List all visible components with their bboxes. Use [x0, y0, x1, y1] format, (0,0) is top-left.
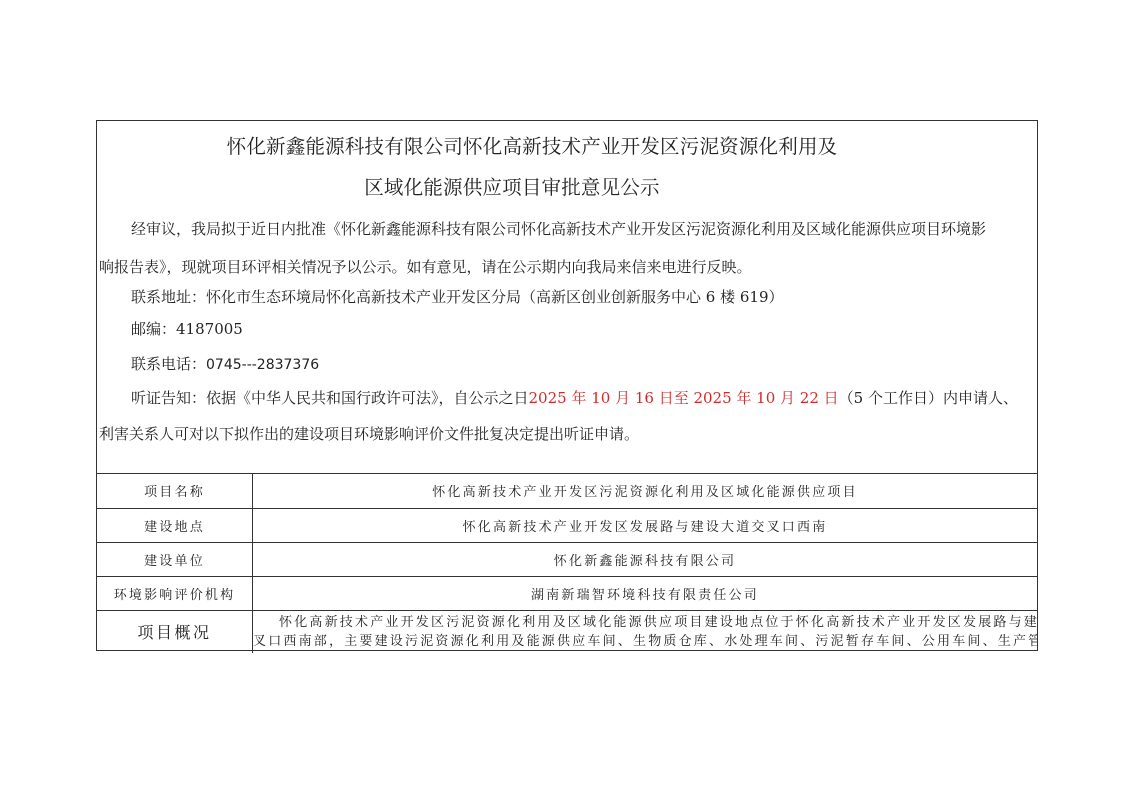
intro-paragraph-line-2: 响报告表》，现就项目环评相关情况予以公示。如有意见，请在公示期内向我局来信来电进…: [99, 257, 752, 277]
contact-address-value: 怀化市生态环境局怀化高新技术产业开发区分局（高新区创业创新服务中心 6 楼 61…: [206, 288, 783, 306]
table-row-eia-agency: 环境影响评价机构 湖南新瑞智环境科技有限责任公司: [97, 576, 1037, 610]
table-row-construction-site: 建设地点 怀化高新技术产业开发区发展路与建设大道交叉口西南: [97, 508, 1037, 542]
overview-text: 怀化高新技术产业开发区污泥资源化利用及区域化能源供应项目建设地点位于怀化高新技术…: [253, 610, 1038, 653]
table-row-project-name: 项目名称 怀化高新技术产业开发区污泥资源化利用及区域化能源供应项目: [97, 474, 1037, 508]
hearing-period-highlight: 2025 年 10 月 16 日至 2025 年 10 月 22 日: [529, 389, 839, 407]
row-value: 怀化高新技术产业开发区发展路与建设大道交叉口西南: [253, 508, 1038, 542]
notice-document: 怀化新鑫能源科技有限公司怀化高新技术产业开发区污泥资源化利用及 区域化能源供应项…: [96, 120, 1038, 651]
contact-address: 联系地址：怀化市生态环境局怀化高新技术产业开发区分局（高新区创业创新服务中心 6…: [131, 287, 784, 307]
postcode: 邮编：4187005: [131, 319, 243, 339]
row-value: 怀化高新技术产业开发区污泥资源化利用及区域化能源供应项目: [253, 474, 1038, 508]
hearing-notice-line-1: 听证告知：依据《中华人民共和国行政许可法》，自公示之日2025 年 10 月 1…: [131, 388, 1018, 408]
hearing-suffix: （5 个工作日）内申请人、: [839, 389, 1018, 407]
contact-phone: 联系电话：0745---2837376: [131, 354, 319, 375]
phone-label: 联系电话：: [131, 355, 206, 373]
notice-header-block: 怀化新鑫能源科技有限公司怀化高新技术产业开发区污泥资源化利用及 区域化能源供应项…: [97, 121, 1037, 474]
row-label: 建设单位: [97, 542, 253, 576]
row-label: 项目名称: [97, 474, 253, 508]
document-title-line-1: 怀化新鑫能源科技有限公司怀化高新技术产业开发区污泥资源化利用及: [62, 131, 1002, 159]
phone-value: 0745---2837376: [206, 357, 319, 373]
row-value: 怀化新鑫能源科技有限公司: [253, 542, 1038, 576]
row-label: 环境影响评价机构: [97, 576, 253, 610]
row-value: 湖南新瑞智环境科技有限责任公司: [253, 576, 1038, 610]
table-row-project-overview: 项目概况 怀化高新技术产业开发区污泥资源化利用及区域化能源供应项目建设地点位于怀…: [97, 610, 1037, 653]
overview-line-2: 叉口西南部，主要建设污泥资源化利用及能源供应车间、生物质仓库、水处理车间、污泥暂…: [253, 632, 1037, 651]
hearing-prefix: 听证告知：依据《中华人民共和国行政许可法》，自公示之日: [131, 389, 529, 407]
row-label: 建设地点: [97, 508, 253, 542]
overview-label: 项目概况: [97, 610, 253, 653]
document-title-line-2: 区域化能源供应项目审批意见公示: [42, 172, 982, 200]
hearing-notice-line-2: 利害关系人可对以下拟作出的建设项目环境影响评价文件批复决定提出听证申请。: [99, 424, 639, 444]
postcode-label: 邮编：: [131, 320, 176, 338]
contact-address-label: 联系地址：: [131, 288, 206, 306]
intro-paragraph-line-1: 经审议，我局拟于近日内批准《怀化新鑫能源科技有限公司怀化高新技术产业开发区污泥资…: [131, 219, 986, 239]
overview-line-1: 怀化高新技术产业开发区污泥资源化利用及区域化能源供应项目建设地点位于怀化高新技术…: [253, 613, 1037, 632]
postcode-value: 4187005: [176, 320, 243, 338]
table-row-construction-unit: 建设单位 怀化新鑫能源科技有限公司: [97, 542, 1037, 576]
project-info-table: 项目名称 怀化高新技术产业开发区污泥资源化利用及区域化能源供应项目 建设地点 怀…: [97, 474, 1037, 653]
